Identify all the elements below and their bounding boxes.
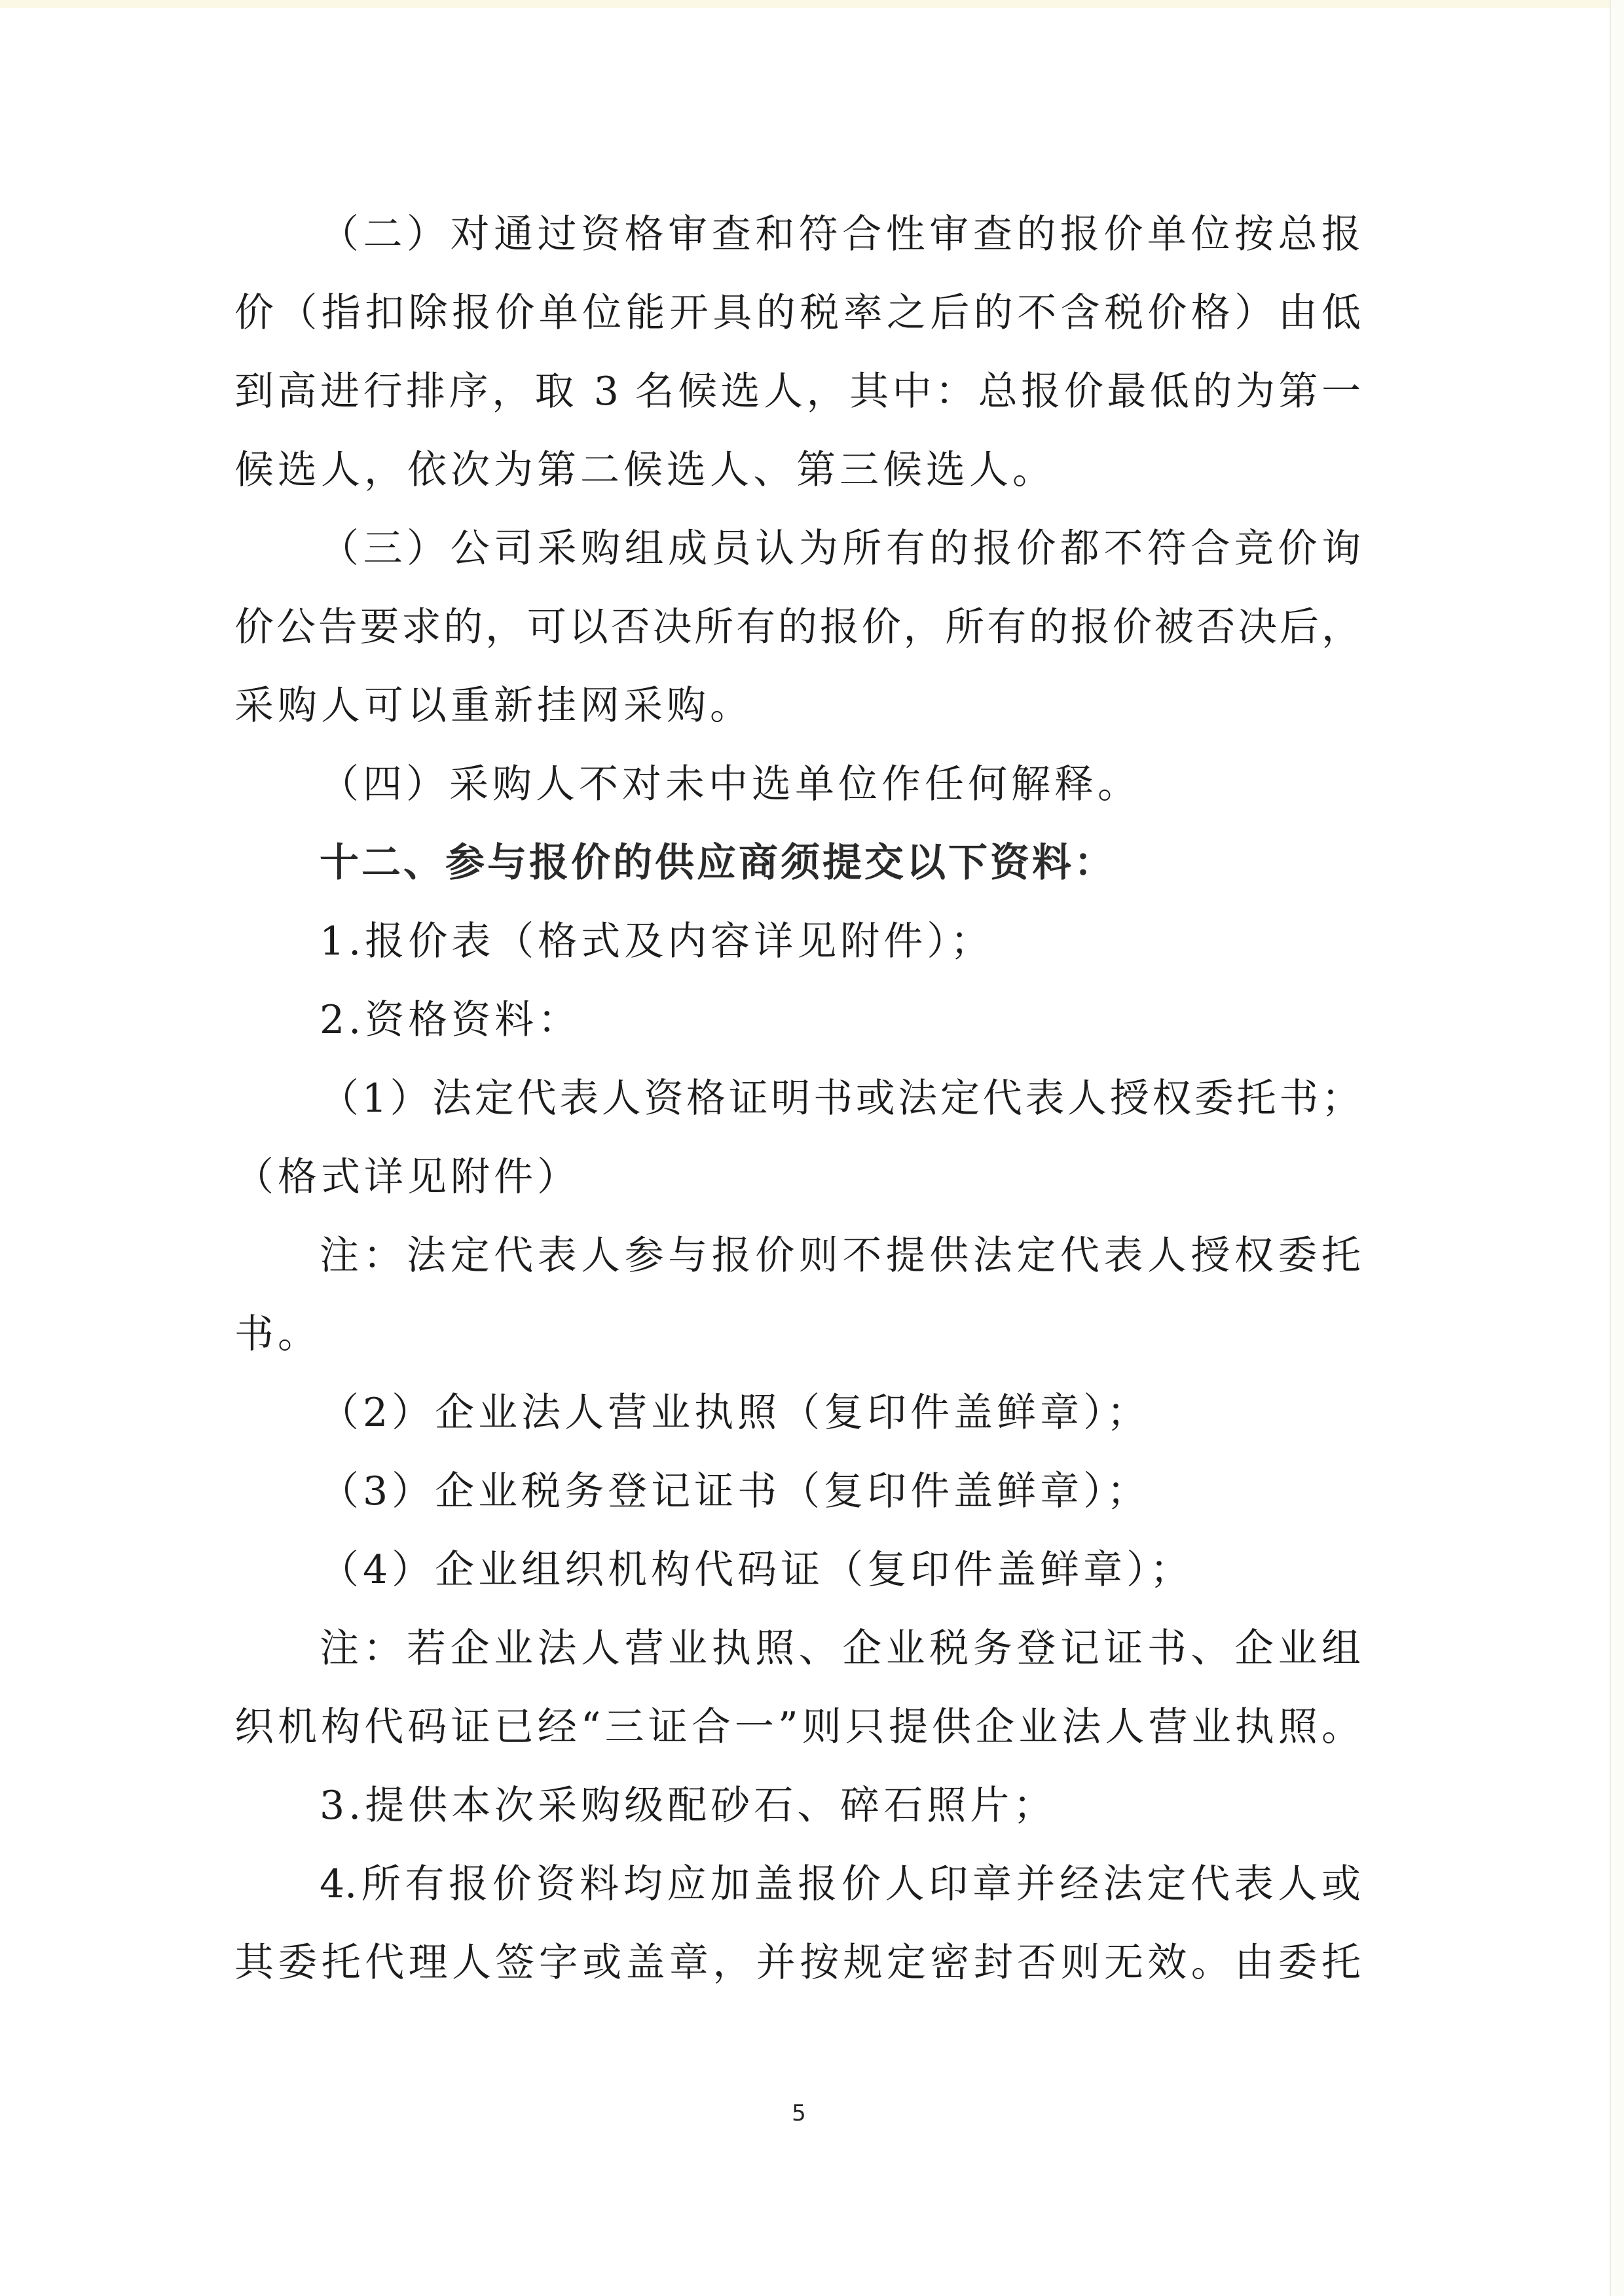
sub-item-1-line-1: （1）法定代表人资格证明书或法定代表人授权委托书；	[320, 1059, 1361, 1138]
section-heading-12: 十二、参与报价的供应商须提交以下资料：	[320, 824, 1116, 902]
note-1-line-2: 书。	[234, 1295, 321, 1374]
page-number: 5	[786, 2098, 812, 2128]
sub-item-2: （2）企业法人营业执照（复印件盖鲜章）；	[320, 1374, 1150, 1452]
item-3-photos: 3.提供本次采购级配砂石、碎石照片；	[320, 1766, 1056, 1845]
paragraph-2-line-1: （二）对通过资格审查和符合性审查的报价单位按总报	[320, 195, 1361, 274]
note-2-line-2: 织机构代码证已经“三证合一”则只提供企业法人营业执照。	[234, 1688, 1361, 1766]
item-2-qualifications: 2.资格资料：	[320, 981, 581, 1059]
document-page: （二）对通过资格审查和符合性审查的报价单位按总报 价（指扣除报价单位能开具的税率…	[0, 0, 1624, 2296]
sub-item-1-line-2: （格式详见附件）	[234, 1138, 580, 1216]
paragraph-3-line-3: 采购人可以重新挂网采购。	[234, 666, 753, 745]
note-2-line-1: 注：若企业法人营业执照、企业税务登记证书、企业组	[320, 1609, 1361, 1688]
paragraph-4: （四）采购人不对未中选单位作任何解释。	[320, 745, 1141, 824]
item-4-line-1: 4.所有报价资料均应加盖报价人印章并经法定代表人或	[320, 1845, 1361, 1923]
paragraph-3-line-1: （三）公司采购组成员认为所有的报价都不符合竞价询	[320, 509, 1361, 588]
paragraph-2-line-2: 价（指扣除报价单位能开具的税率之后的不含税价格）由低	[234, 274, 1361, 352]
sub-item-3: （3）企业税务登记证书（复印件盖鲜章）；	[320, 1452, 1150, 1531]
note-1-line-1: 注：法定代表人参与报价则不提供法定代表人授权委托	[320, 1216, 1361, 1295]
sub-item-4: （4）企业组织机构代码证（复印件盖鲜章）；	[320, 1531, 1193, 1609]
paragraph-2-line-4: 候选人，依次为第二候选人、第三候选人。	[234, 431, 1056, 509]
item-1-quote-form: 1.报价表（格式及内容详见附件）；	[320, 902, 993, 981]
item-4-line-2: 其委托代理人签字或盖章，并按规定密封否则无效。由委托	[234, 1923, 1361, 2002]
paragraph-2-line-3: 到高进行排序，取 3 名候选人，其中：总报价最低的为第一	[234, 352, 1361, 431]
paragraph-3-line-2: 价公告要求的，可以否决所有的报价，所有的报价被否决后，	[234, 588, 1361, 666]
